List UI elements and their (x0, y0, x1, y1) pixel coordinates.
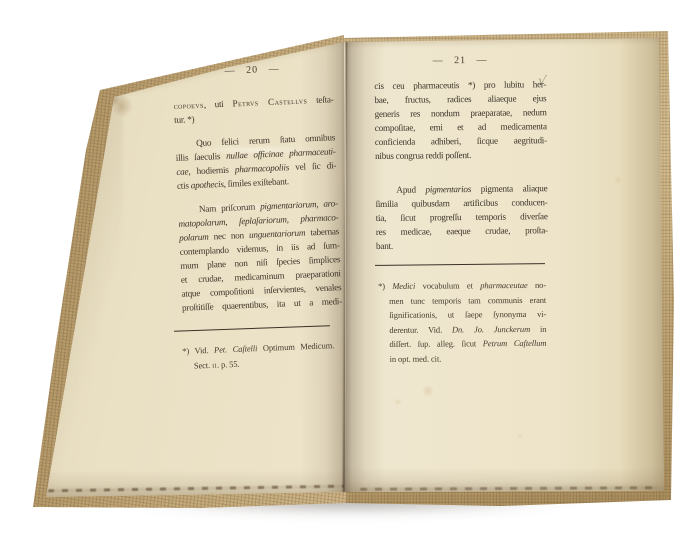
text-run: *) Vid. (182, 345, 214, 356)
text-line: in opt. med. cit. (379, 350, 547, 366)
text-run: conficienda adhiberi, ſicque aegritudi- (375, 135, 547, 147)
text-run: ſignificationis, ut ſaepe ſynonyma vi- (389, 309, 546, 320)
text-line: bant. (376, 237, 548, 253)
text-run: in (530, 323, 546, 333)
text-run: teſta- (307, 94, 334, 105)
text-run: . p. 55. (217, 359, 240, 370)
right-page-side-edge-shade (620, 35, 666, 495)
text-run: , uti (203, 99, 232, 110)
text-run: Pet. Caſtelli (214, 343, 258, 355)
text-run: illis ſaeculis (176, 151, 227, 163)
text-line: diſſert. ſup. alleg. ſicut Petrum Caſtel… (378, 336, 546, 352)
paragraph: Quo felici rerum ſtatu omnibusillis ſaec… (175, 130, 337, 193)
text-run: unguentariorum (249, 228, 306, 240)
text-run: pigmentarios (425, 184, 471, 194)
text-run: no- (528, 280, 546, 290)
right-page-text: — 21 — cis ceu pharmaceutis *) pro lubit… (374, 54, 548, 253)
text-run: nec non (208, 230, 249, 242)
text-run: Dn. Jo. Junckerum (452, 323, 530, 334)
text-run: vel ſic di- (289, 160, 337, 172)
text-run: compoſitae, emi et ad medicamenta (375, 121, 547, 133)
paragraph: Nam priſcorum pigmentariorum, aro-matopo… (178, 196, 343, 315)
text-run: tabernas (305, 226, 339, 237)
text-line: derentur. Vid. Dn. Jo. Junckerum in (378, 321, 546, 337)
text-line: men tunc temporis tam communis erant (378, 292, 546, 308)
paragraph: cis ceu pharmaceutis *) pro lubitu her-b… (374, 77, 547, 163)
text-line: conficienda adhiberi, ſicque aegritudi- (375, 133, 547, 149)
text-run: Medici (392, 281, 415, 291)
text-run: , hodiernis (188, 164, 235, 176)
text-run: Petrvs Castellvs (232, 95, 307, 108)
text-line: ſignificationis, ut ſaepe ſynonyma vi- (378, 307, 546, 323)
text-run: bant. (376, 241, 393, 251)
right-page-body: cis ceu pharmaceutis *) pro lubitu her-b… (374, 77, 548, 253)
text-run: generis res nondum praeparatae, nedum (375, 107, 547, 119)
text-run: ſimilia quibusdam artificibus conducen- (375, 197, 547, 209)
book-photo-scene: — 20 — copoevs, uti Petrvs Castellvs teſ… (0, 0, 700, 538)
text-line: res medicae, eaeque crudae, proſta- (376, 223, 548, 239)
text-run: pharmacopoliis (235, 162, 290, 174)
text-run: diſſert. ſup. alleg. ſicut (389, 338, 482, 349)
text-run: men tunc temporis tam communis erant (389, 294, 546, 305)
text-line: nibus congrua reddi poſſent. (375, 147, 547, 163)
text-run: bae, fructus, radices aliaeque ejus (374, 93, 546, 105)
text-run: *) (378, 281, 392, 291)
text-run: pigmentariorum, aro- (260, 198, 338, 211)
text-run: tur. *) (174, 114, 195, 125)
left-page-text: — 20 — copoevs, uti Petrvs Castellvs teſ… (172, 61, 342, 314)
text-run: apothecis (191, 179, 224, 190)
text-run: Sect. (194, 360, 213, 371)
text-run: Nam priſcorum (199, 201, 261, 214)
text-run: vocabulum et (415, 280, 480, 290)
right-page-number: — 21 — (374, 54, 546, 67)
text-run: res medicae, eaeque crudae, proſta- (376, 225, 548, 237)
text-run: in opt. med. cit. (390, 353, 442, 363)
text-run: Petrum Caſtellum (483, 338, 547, 348)
text-run: nibus congrua reddi poſſent. (375, 150, 471, 161)
left-page-number: — 20 — (172, 61, 332, 79)
paragraph: copoevs, uti Petrvs Castellvs teſta-tur.… (173, 92, 334, 127)
left-footnote: *) Vid. Pet. Caſtelli Optimum Medicum.Se… (182, 338, 335, 374)
paragraph: Apud pigmentarios pigmenta aliaqueſimili… (375, 181, 548, 253)
text-run: derentur. Vid. (389, 324, 452, 334)
text-run: Apud (396, 184, 425, 194)
text-run: cis ceu pharmaceutis *) pro lubitu her- (374, 79, 546, 91)
text-run: polarum (179, 232, 209, 243)
text-run: tia, ſicut progreſſu temporis diverſae (376, 211, 548, 223)
text-line: *) Medici vocabulum et pharmaceutae no- (378, 278, 546, 294)
text-run: copoevs (173, 100, 204, 111)
text-run: pharmaceutae (480, 280, 528, 290)
right-footnote: *) Medici vocabulum et pharmaceutae no-m… (378, 278, 547, 366)
text-run: cae (176, 166, 188, 176)
text-run: Optimum Medicum. (257, 340, 334, 353)
left-page-body: copoevs, uti Petrvs Castellvs teſta-tur.… (173, 92, 342, 315)
text-run: pigmenta aliaque (471, 183, 547, 194)
text-run: , ſimiles exiſtebant. (223, 176, 289, 189)
text-run: ctis (177, 180, 191, 191)
